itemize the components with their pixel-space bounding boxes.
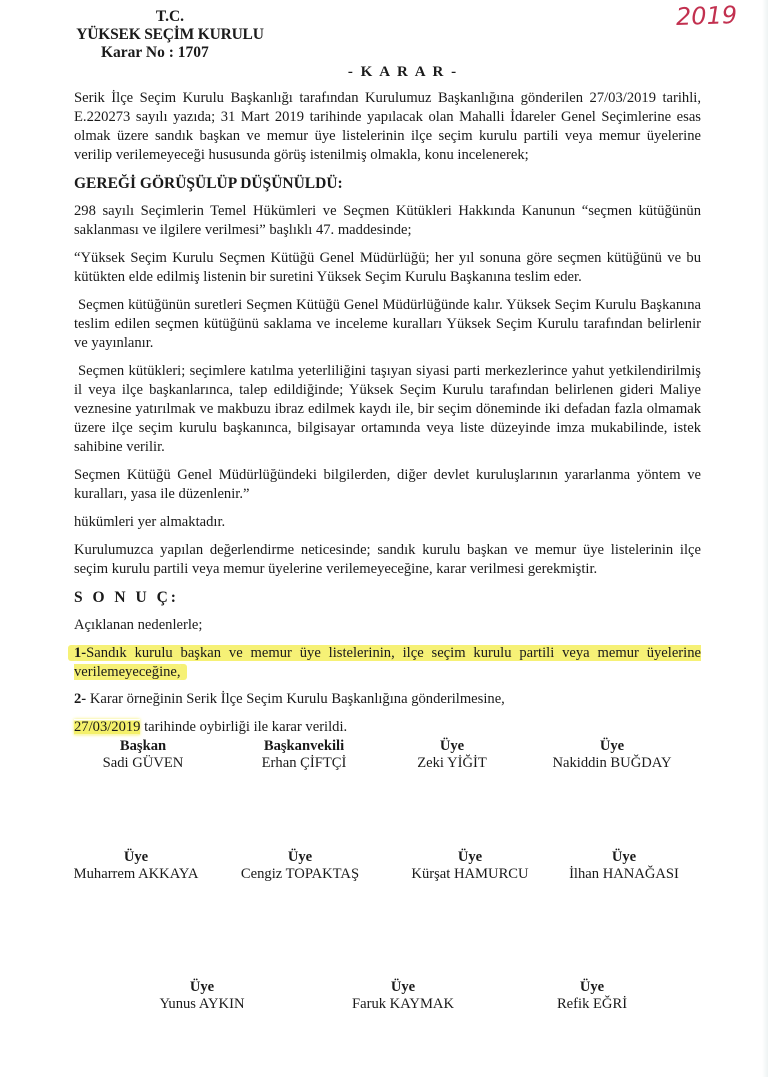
signatory: BaşkanSadi GÜVEN — [53, 738, 233, 772]
signatory-name: Yunus AYKIN — [112, 996, 292, 1013]
signatory: Üyeİlhan HANAĞASI — [534, 849, 714, 883]
signatory: ÜyeYunus AYKIN — [112, 979, 292, 1013]
signatory-name: Zeki YİĞİT — [362, 755, 542, 772]
item-2-number: 2- — [74, 691, 86, 707]
header-organization: YÜKSEK SEÇİM KURULU — [70, 26, 270, 44]
item-1-text: Sandık kurulu başkan ve memur üye listel… — [74, 645, 701, 680]
paragraph-quote-2: Seçmen kütüğünün suretleri Seçmen Kütüğü… — [74, 296, 701, 353]
signatory-name: Cengiz TOPAKTAŞ — [210, 866, 390, 883]
signatory-role: Üye — [112, 979, 292, 996]
signatory: ÜyeFaruk KAYMAK — [313, 979, 493, 1013]
signatory-role: Üye — [313, 979, 493, 996]
signatory-name: Faruk KAYMAK — [313, 996, 493, 1013]
signatory-name: Kürşat HAMURCU — [380, 866, 560, 883]
document-header: T.C. YÜKSEK SEÇİM KURULU — [70, 8, 270, 44]
signatory: ÜyeNakiddin BUĞDAY — [522, 738, 702, 772]
scan-edge — [762, 0, 768, 1077]
signatory-role: Üye — [380, 849, 560, 866]
final-statement-text: tarihinde oybirliği ile karar verildi. — [140, 719, 347, 735]
handwritten-year-annotation: 2019 — [676, 1, 738, 31]
paragraph-quote-4: Seçmen Kütüğü Genel Müdürlüğündeki bilgi… — [74, 466, 701, 504]
signatory: ÜyeKürşat HAMURCU — [380, 849, 560, 883]
signatory: ÜyeZeki YİĞİT — [362, 738, 542, 772]
signatory-role: Üye — [522, 738, 702, 755]
signatory-role: Üye — [46, 849, 226, 866]
heading-deliberation: GEREĞİ GÖRÜŞÜLÜP DÜŞÜNÜLDÜ: — [74, 174, 701, 193]
item-1-number: 1- — [74, 645, 86, 661]
paragraph-provisions: hükümleri yer almaktadır. — [74, 513, 701, 532]
conclusion-item-1: 1-Sandık kurulu başkan ve memur üye list… — [74, 644, 701, 682]
signatory-name: Muharrem AKKAYA — [46, 866, 226, 883]
signatory-role: Üye — [210, 849, 390, 866]
conclusion-intro: Açıklanan nedenlerle; — [74, 616, 701, 635]
final-statement: 27/03/2019 tarihinde oybirliği ile karar… — [74, 718, 701, 737]
document-body: Serik İlçe Seçim Kurulu Başkanlığı taraf… — [74, 89, 701, 746]
signatory-name: Refik EĞRİ — [502, 996, 682, 1013]
conclusion-item-2: 2- Karar örneğinin Serik İlçe Seçim Kuru… — [74, 690, 701, 709]
heading-conclusion: S O N U Ç: — [74, 588, 701, 607]
signatory: ÜyeMuharrem AKKAYA — [46, 849, 226, 883]
signatory-role: Üye — [362, 738, 542, 755]
signatory-name: Nakiddin BUĞDAY — [522, 755, 702, 772]
signatory-name: İlhan HANAĞASI — [534, 866, 714, 883]
paragraph-law-reference: 298 sayılı Seçimlerin Temel Hükümleri ve… — [74, 202, 701, 240]
signatory-role: Üye — [502, 979, 682, 996]
signatory-role: Başkan — [53, 738, 233, 755]
decision-number-label: Karar No — [101, 44, 165, 61]
signatory-name: Sadi GÜVEN — [53, 755, 233, 772]
paragraph-evaluation: Kurulumuzca yapılan değerlendirme netice… — [74, 541, 701, 579]
paragraph-quote-1: “Yüksek Seçim Kurulu Seçmen Kütüğü Genel… — [74, 249, 701, 287]
signatory: ÜyeRefik EĞRİ — [502, 979, 682, 1013]
document-page: 2019 T.C. YÜKSEK SEÇİM KURULU Karar No :… — [0, 0, 768, 1077]
signatory-role: Üye — [534, 849, 714, 866]
intro-paragraph: Serik İlçe Seçim Kurulu Başkanlığı taraf… — [74, 89, 701, 165]
paragraph-quote-3: Seçmen kütükleri; seçimlere katılma yete… — [74, 362, 701, 457]
highlighted-item-1: 1-Sandık kurulu başkan ve memur üye list… — [74, 645, 701, 680]
signatory: ÜyeCengiz TOPAKTAŞ — [210, 849, 390, 883]
item-2-text: Karar örneğinin Serik İlçe Seçim Kurulu … — [86, 691, 505, 707]
decision-number-value: : 1707 — [169, 44, 209, 61]
header-tc: T.C. — [70, 8, 270, 26]
highlighted-date: 27/03/2019 — [74, 719, 140, 735]
decision-number: Karar No : 1707 — [101, 44, 209, 62]
decision-title: - K A R A R - — [0, 64, 768, 81]
